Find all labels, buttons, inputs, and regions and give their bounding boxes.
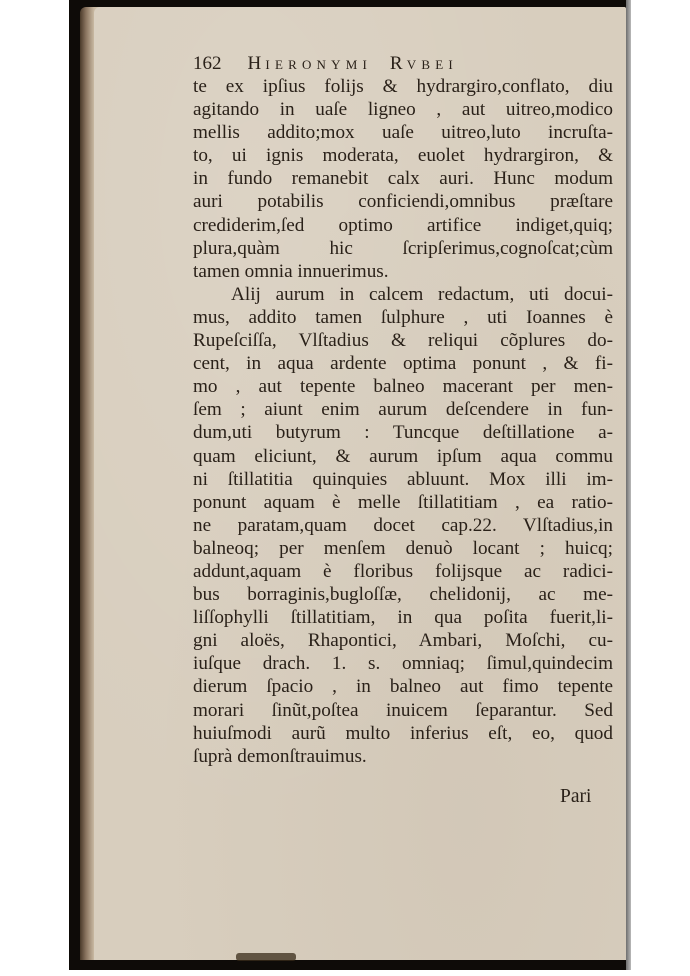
text-line: morari ſinũt,poſtea inuicem ſeparantur. … [193, 699, 613, 722]
text-line: agitando in uaſe ligneo , aut uitreo,mod… [193, 98, 613, 121]
running-head-initial-2: R [390, 53, 407, 74]
text-line: bus borraginis,bugloſſæ, chelidonij, ac … [193, 583, 613, 606]
page-right-edge [626, 0, 631, 970]
text-line-paragraph-end: ſuprà demonſtrauimus. [193, 745, 613, 768]
ink-stain [236, 953, 296, 961]
text-line: plura,quàm hic ſcripſerimus,cognoſcat;cù… [193, 237, 613, 260]
text-line: crediderim,ſed optimo artifice indiget,q… [193, 214, 613, 237]
text-line: balneoq; per menſem denuò locant ; huicq… [193, 537, 613, 560]
running-head-title: HIERONYMI RVBEI [248, 52, 458, 76]
text-line: mo , aut tepente balneo macerant per men… [193, 375, 613, 398]
text-line: dierum ſpacio , in balneo aut fimo tepen… [193, 675, 613, 698]
catchword: Pari [560, 786, 591, 808]
running-head-word-1: IERONYMI [265, 57, 372, 72]
text-line: iuſque drach. 1. s. omniaq; ſimul,quinde… [193, 652, 613, 675]
page-number: 162 [193, 52, 222, 75]
text-line: to, ui ignis moderata, euolet hydrargiro… [193, 144, 613, 167]
text-line: ponunt aquam è melle ſtillatitiam , ea r… [193, 491, 613, 514]
text-line: auri potabilis conficiendi,omnibus præſt… [193, 190, 613, 213]
text-line: ſem ; aiunt enim aurum deſcendere in fun… [193, 398, 613, 421]
page-text-block: 162 HIERONYMI RVBEI te ex ipſius folijs … [193, 52, 613, 768]
text-line: quam eliciunt, & aurum ipſum aqua commu [193, 445, 613, 468]
text-line: huiuſmodi aurũ multo inferius eſt, eo, q… [193, 722, 613, 745]
text-line: in fundo remanebit calx auri. Hunc modum [193, 167, 613, 190]
text-line: Rupeſciſſa, Vlſtadius & reliqui cõplures… [193, 329, 613, 352]
running-head-initial-1: H [248, 53, 266, 74]
text-line: te ex ipſius folijs & hydrargiro,conflat… [193, 75, 613, 98]
text-line: ni ſtillatitia quinquies abluunt. Mox il… [193, 468, 613, 491]
text-line: dum,uti butyrum : Tuncque deſtillatione … [193, 421, 613, 444]
text-line: liſſophylli ſtillatitiam, in qua poſita … [193, 606, 613, 629]
text-line: mus, addito tamen ſulphure , uti Ioannes… [193, 306, 613, 329]
text-line: gni aloës, Rhapontici, Ambari, Moſchi, c… [193, 629, 613, 652]
text-line: cent, in aqua ardente optima ponunt , & … [193, 352, 613, 375]
text-line-paragraph-end: tamen omnia innuerimus. [193, 260, 613, 283]
text-line: ne paratam,quam docet cap.22. Vlſtadius,… [193, 514, 613, 537]
text-line-paragraph-start: Alij aurum in calcem redactum, uti docui… [193, 283, 613, 306]
running-head: 162 HIERONYMI RVBEI [193, 52, 613, 75]
running-head-word-2: VBEI [407, 57, 458, 72]
text-line: addunt,aquam è floribus folijsque ac rad… [193, 560, 613, 583]
text-line: mellis addito;mox uaſe uitreo,luto incru… [193, 121, 613, 144]
